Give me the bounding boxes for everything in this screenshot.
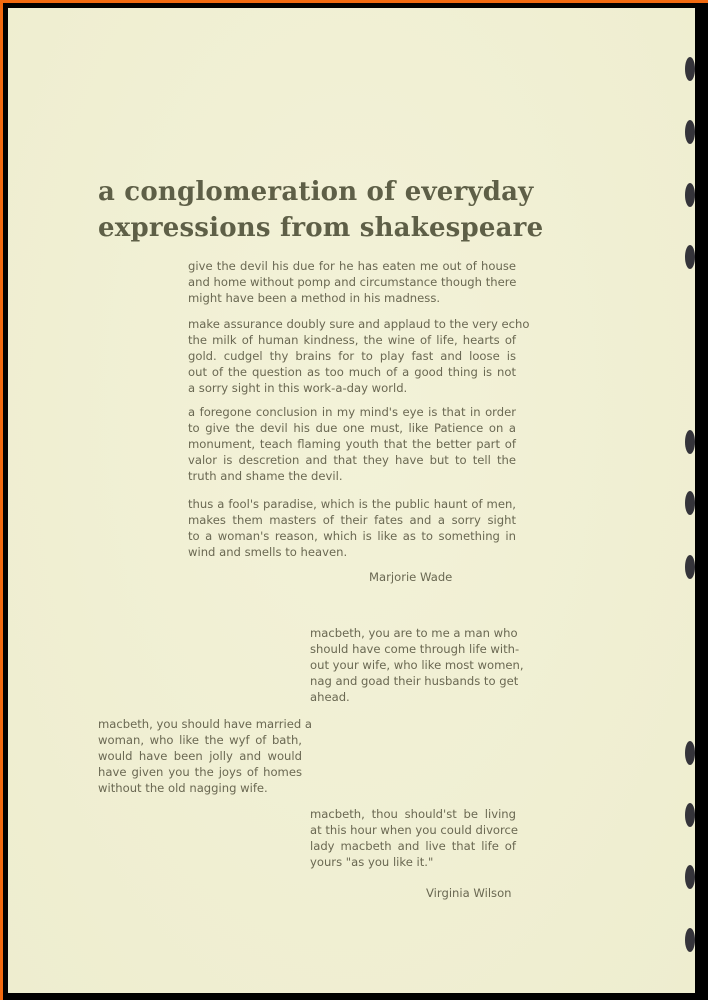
text-line: have given you the joys of homes [98,764,302,780]
text-line: wind and smells to heaven. [188,544,516,560]
binder-hole-icon [685,865,695,889]
text-line: might have been a method in his madness. [188,290,516,306]
binder-hole-icon [685,741,695,765]
text-line: at this hour when you could divorce [310,822,516,838]
text-line: a sorry sight in this work-a-day world. [188,380,516,396]
text-line: lady macbeth and live that life of [310,838,516,854]
binder-hole-icon [685,430,695,454]
paragraph: thus a fool's paradise, which is the pub… [188,496,516,560]
text-line: monument, teach flaming youth that the b… [188,436,516,452]
paragraph: give the devil his due for he has eaten … [188,258,516,306]
binder-hole-icon [685,491,695,515]
text-line: makes them masters of their fates and a … [188,512,516,528]
text-line: would have been jolly and would [98,748,302,764]
text-line: make assurance doubly sure and applaud t… [188,316,516,332]
text-line: ahead. [310,689,516,705]
text-line: to a woman's reason, which is like as to… [188,528,516,544]
stanza: macbeth, you should have married a woman… [98,716,302,796]
text-line: a foregone conclusion in my mind's eye i… [188,404,516,420]
text-line: woman, who like the wyf of bath, [98,732,302,748]
title-line: a conglomeration of everyday [98,174,538,210]
text-line: macbeth, you should have married a [98,716,302,732]
binder-hole-icon [685,183,695,207]
page-sheet: a conglomeration of everyday expressions… [8,8,695,993]
text-line: gold. cudgel thy brains for to play fast… [188,348,516,364]
author-signature: Marjorie Wade [369,569,452,585]
paragraph: a foregone conclusion in my mind's eye i… [188,404,516,484]
text-line: should have come through life with- [310,641,516,657]
text-line: out of the question as too much of a goo… [188,364,516,380]
text-line: truth and shame the devil. [188,468,516,484]
author-signature: Virginia Wilson [426,885,512,901]
binder-hole-icon [685,928,695,952]
stanza: macbeth, thou should'st be living at thi… [310,806,516,870]
scan-border-top [0,0,708,3]
binder-hole-icon [685,555,695,579]
binder-hole-icon [685,803,695,827]
text-line: macbeth, you are to me a man who [310,625,516,641]
text-line: and home without pomp and circumstance t… [188,274,516,290]
text-line: valor is descretion and that they have b… [188,452,516,468]
scan-border-left [0,0,3,1000]
binder-hole-icon [685,57,695,81]
page-title: a conglomeration of everyday expressions… [98,174,538,246]
text-line: thus a fool's paradise, which is the pub… [188,496,516,512]
title-line: expressions from shakespeare [98,210,538,246]
text-line: give the devil his due for he has eaten … [188,258,516,274]
text-line: without the old nagging wife. [98,780,302,796]
scan-frame: a conglomeration of everyday expressions… [0,0,708,1000]
binder-hole-icon [685,245,695,269]
text-line: out your wife, who like most women, [310,657,516,673]
binder-hole-icon [685,120,695,144]
stanza: macbeth, you are to me a man who should … [310,625,516,705]
paragraph: make assurance doubly sure and applaud t… [188,316,516,396]
text-line: the milk of human kindness, the wine of … [188,332,516,348]
text-line: nag and goad their husbands to get [310,673,516,689]
text-line: to give the devil his due one must, like… [188,420,516,436]
text-line: yours "as you like it." [310,854,516,870]
text-line: macbeth, thou should'st be living [310,806,516,822]
